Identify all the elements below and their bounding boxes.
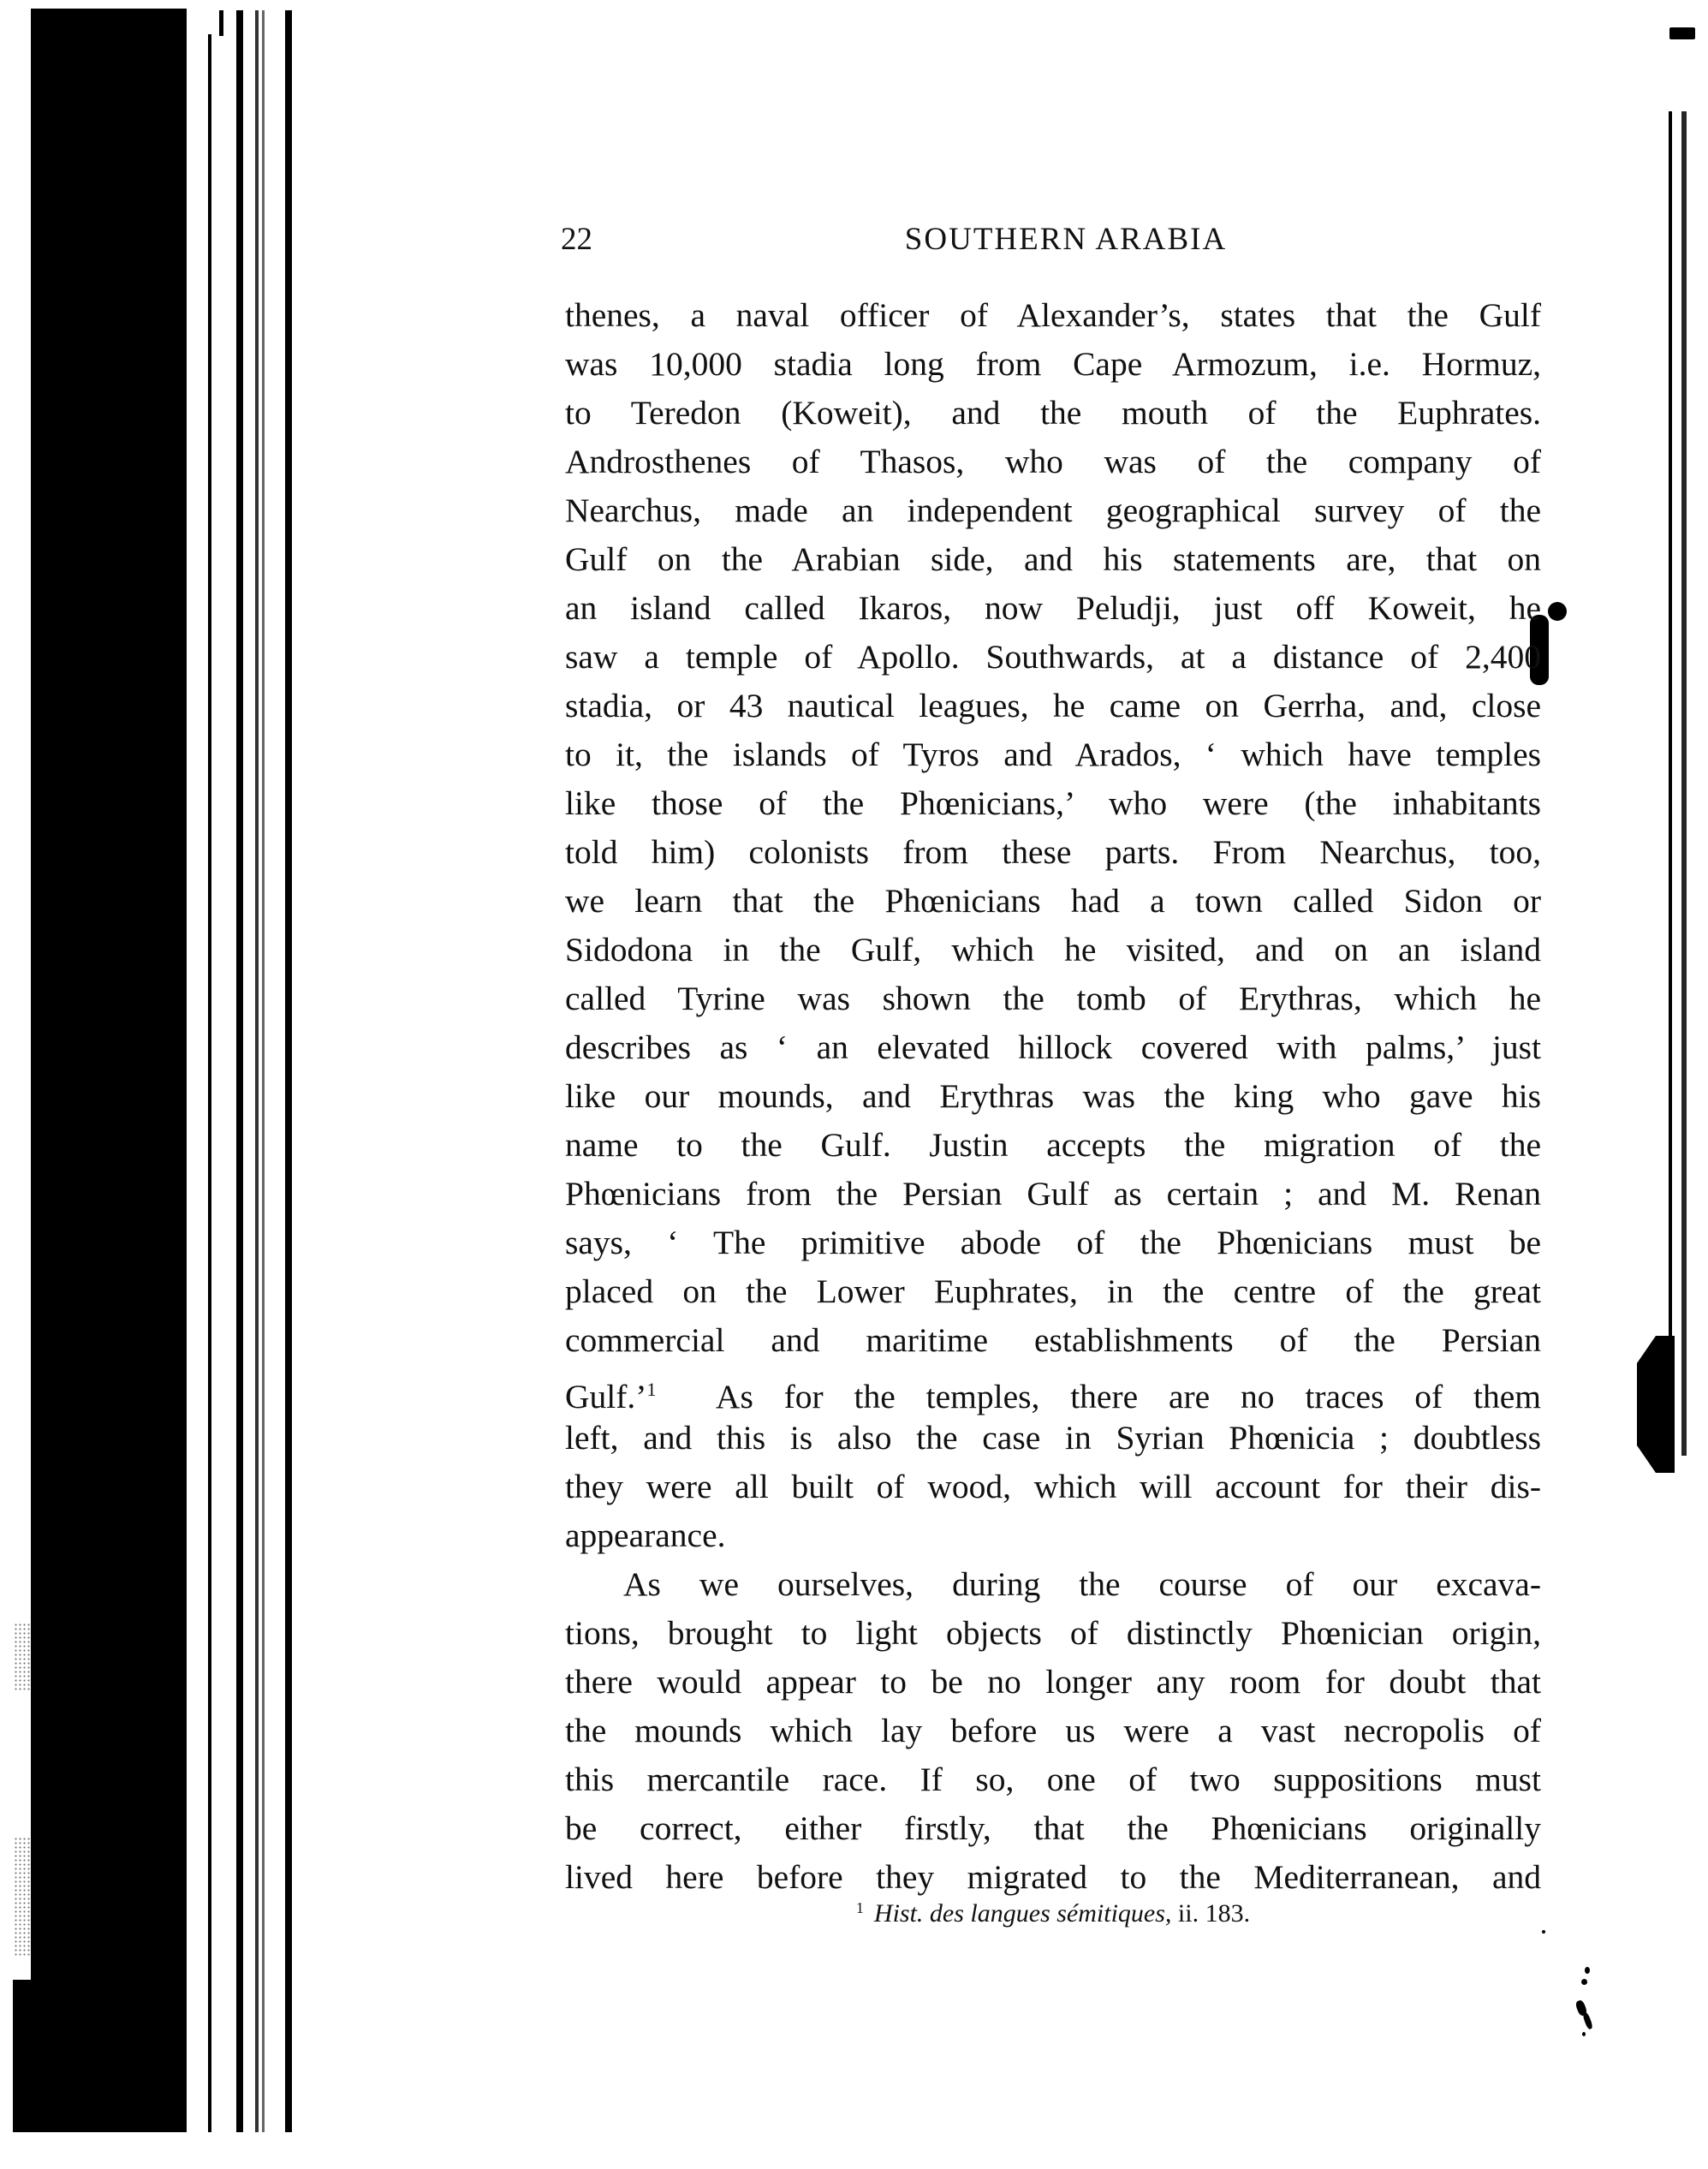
text-line: to it, the islands of Tyros and Arados, … [565, 730, 1541, 779]
text-line: Phœnicians from the Persian Gulf as cert… [565, 1170, 1541, 1219]
page-edge-line [219, 10, 223, 36]
footnote: 1Hist. des langues sémitiques, ii. 183. [565, 1899, 1541, 1928]
text-fragment: As for the temples, there are no traces … [656, 1378, 1541, 1415]
ink-speck [1582, 2011, 1593, 2029]
text-line: to Teredon (Koweit), and the mouth of th… [565, 389, 1541, 438]
ink-blot [1548, 602, 1567, 621]
text-line: this mercantile race. If so, one of two … [565, 1755, 1541, 1804]
text-line: stadia, or 43 nautical leagues, he came … [565, 682, 1541, 730]
text-line: told him) colonists from these parts. Fr… [565, 828, 1541, 877]
page-edge-line [255, 10, 259, 2132]
text-line: an island called Ikaros, now Peludji, ju… [565, 584, 1541, 633]
text-line: the mounds which lay before us were a va… [565, 1707, 1541, 1755]
text-line-paragraph-end: appearance. [565, 1511, 1541, 1560]
edge-shadow [1637, 1336, 1675, 1473]
scanned-book-page: 22 SOUTHERN ARABIA thenes, a naval offic… [0, 0, 1708, 2169]
ink-speck [1581, 1979, 1587, 1985]
text-line: name to the Gulf. Justin accepts the mig… [565, 1121, 1541, 1170]
footnote-reference[interactable]: 1 [646, 1379, 656, 1400]
running-head: 22 SOUTHERN ARABIA [561, 221, 1545, 264]
text-line-paragraph-start: As we ourselves, during the course of ou… [565, 1560, 1541, 1609]
text-line: they were all built of wood, which will … [565, 1463, 1541, 1511]
text-line: like those of the Phœnicians,’ who were … [565, 779, 1541, 828]
text-line: be correct, either firstly, that the Phœ… [565, 1804, 1541, 1853]
text-line: left, and this is also the case in Syria… [565, 1414, 1541, 1463]
right-edge-line [1681, 111, 1687, 1456]
ink-speck [1582, 2032, 1586, 2036]
text-line: describes as ‘ an elevated hillock cover… [565, 1023, 1541, 1072]
text-line: Androsthenes of Thasos, who was of the c… [565, 438, 1541, 486]
text-line: lived here before they migrated to the M… [565, 1853, 1541, 1902]
text-line-with-footnote: Gulf.’1 As for the temples, there are no… [565, 1365, 1541, 1414]
footnote-title: Hist. des langues sémitiques, [874, 1899, 1171, 1928]
ink-speck [1542, 1930, 1545, 1934]
body-text: thenes, a naval officer of Alexander’s, … [565, 291, 1541, 1902]
text-line: tions, brought to light objects of disti… [565, 1609, 1541, 1658]
text-line: Sidodona in the Gulf, which he visited, … [565, 926, 1541, 974]
text-line: placed on the Lower Euphrates, in the ce… [565, 1267, 1541, 1316]
running-title: SOUTHERN ARABIA [561, 221, 1545, 258]
page-edge-line [176, 1627, 181, 2132]
footnote-locator: ii. 183. [1171, 1899, 1250, 1928]
footnote-marker: 1 [856, 1899, 864, 1916]
page-edge-line [208, 34, 211, 2132]
text-line: Gulf on the Arabian side, and his statem… [565, 535, 1541, 584]
text-line: Nearchus, made an independent geographic… [565, 486, 1541, 535]
ink-speck [1585, 1967, 1590, 1974]
text-line: commercial and maritime establishments o… [565, 1316, 1541, 1365]
text-fragment: Gulf.’ [565, 1378, 646, 1415]
text-line: like our mounds, and Erythras was the ki… [565, 1072, 1541, 1121]
text-line: was 10,000 stadia long from Cape Armozum… [565, 340, 1541, 389]
text-line: there would appear to be no longer any r… [565, 1658, 1541, 1707]
scan-noise [14, 1623, 55, 1691]
page-edge-line [262, 10, 265, 2132]
scan-noise [14, 1837, 53, 1957]
text-line: saw a temple of Apollo. Southwards, at a… [565, 633, 1541, 682]
text-line: called Tyrine was shown the tomb of Eryt… [565, 974, 1541, 1023]
page-edge-line [236, 10, 243, 2132]
scan-mark-top-right [1669, 27, 1695, 39]
binding-shadow-foot [13, 1980, 56, 2132]
right-edge-line [1669, 111, 1672, 1456]
text-line: we learn that the Phœnicians had a town … [565, 877, 1541, 926]
text-line: says, ‘ The primitive abode of the Phœni… [565, 1219, 1541, 1267]
text-line: thenes, a naval officer of Alexander’s, … [565, 291, 1541, 340]
page-edge-line [285, 10, 292, 2132]
binding-shadow [31, 9, 187, 2132]
